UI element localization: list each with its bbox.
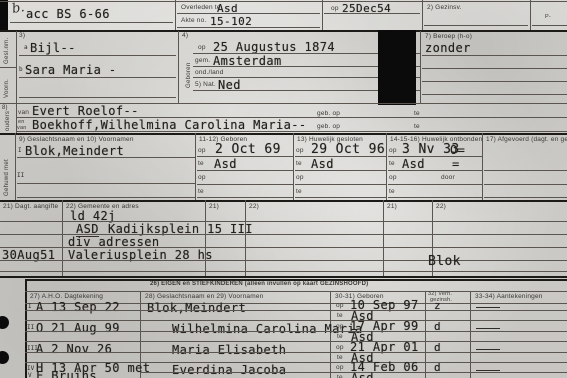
divider	[422, 0, 423, 31]
divider	[425, 291, 426, 378]
child-aho-line2: F.Bruins	[36, 369, 97, 378]
ondland-label: ond./land	[195, 69, 224, 76]
rule-line	[197, 197, 293, 198]
rule-line	[388, 197, 482, 198]
te-label: te	[198, 188, 204, 195]
rule-line	[0, 260, 567, 261]
note-dash	[476, 370, 500, 371]
divider	[178, 31, 179, 103]
op-label: op	[198, 44, 206, 51]
rule-line	[177, 13, 320, 14]
ditto-mark: =	[452, 157, 460, 171]
divider	[482, 133, 483, 200]
rule-line	[19, 55, 176, 56]
marriage-place: Asd	[311, 157, 334, 171]
child-name: Maria Elisabeth	[172, 343, 286, 357]
header-22: 22)	[436, 203, 446, 210]
rule-line	[422, 81, 567, 82]
te-label: te	[337, 333, 343, 340]
op-label: op	[296, 147, 304, 154]
te-label: te	[414, 110, 420, 117]
father-name: Evert Roelof--	[32, 104, 139, 118]
dissolved-by: O=	[450, 143, 465, 157]
child-name: Everdina Jacoba	[172, 363, 286, 377]
rule-line	[388, 184, 482, 185]
van-label: van	[18, 109, 29, 116]
rule-line	[388, 170, 482, 171]
rule-line	[25, 310, 567, 311]
side-label-voornamen: Voorn.	[4, 79, 10, 98]
side-label-gehuwd-met: Gehuwd met	[4, 159, 10, 196]
te-label: te	[414, 123, 420, 130]
op-label: op	[198, 147, 206, 154]
divider	[386, 133, 387, 200]
te-label: te	[337, 354, 343, 361]
divider	[420, 31, 421, 103]
mother-name: Boekhoff,Wilhelmina Carolina Maria--	[32, 118, 307, 132]
header-dagt-aangifte: 21) Dagt. aangifte	[3, 203, 58, 210]
rule-line	[177, 27, 320, 28]
section-border	[0, 200, 567, 202]
rule-line	[19, 97, 176, 98]
label-column-border	[15, 133, 16, 200]
rule-line	[484, 184, 567, 185]
divider	[293, 133, 294, 200]
gem-label: gem.	[195, 57, 210, 64]
header-21: 21)	[209, 203, 219, 210]
te-label: te	[296, 160, 302, 167]
row-marker: V	[28, 372, 32, 378]
header-aantekeningen: 33-34) Aantekeningen	[475, 293, 543, 300]
rule-line	[0, 1, 567, 2]
op-label: op	[389, 174, 397, 181]
rule-line	[484, 170, 567, 171]
section-border	[0, 276, 567, 278]
spouse-born-date: 2 Oct 69	[215, 142, 281, 157]
rule-line	[25, 352, 567, 353]
rule-line	[25, 331, 567, 332]
divider	[175, 0, 176, 31]
beroep-value: zonder	[425, 41, 471, 55]
geb-op-label: geb. op	[317, 123, 340, 130]
op-label: op	[336, 364, 344, 371]
section4-number: 4)	[182, 32, 188, 39]
rule-line	[19, 77, 176, 78]
divider	[530, 0, 531, 31]
te-label: te	[389, 160, 395, 167]
rule-line	[197, 170, 293, 171]
header-child-names: 28) Geslachtsnaam en 29) Voornamen	[145, 293, 263, 300]
handwritten-mark: b.	[11, 0, 26, 17]
child-name: Blok,Meindert	[147, 301, 246, 315]
redaction-box	[378, 30, 416, 105]
rule-line	[295, 170, 386, 171]
te-label: te	[296, 188, 302, 195]
punch-hole	[0, 316, 9, 329]
header-22: 22)	[249, 203, 259, 210]
row-marker: IV	[27, 365, 34, 372]
op-label: op	[331, 5, 339, 12]
rule-line	[295, 156, 386, 157]
rule-line	[10, 22, 173, 23]
divider	[383, 200, 384, 276]
op-label: op	[389, 147, 397, 154]
spouse-born-place: Asd	[214, 157, 237, 171]
rule-line	[424, 25, 528, 26]
surname-note: Blok	[428, 254, 461, 269]
rule-line	[422, 94, 567, 95]
marker-a: a	[24, 44, 28, 51]
rule-line	[422, 68, 567, 69]
divider	[322, 0, 323, 31]
section3-number: 3)	[19, 32, 25, 39]
child-born-place: Asd	[351, 371, 374, 378]
marker-b: b	[19, 66, 23, 73]
divider	[470, 291, 471, 378]
header-removed: 17) Afgevoerd (dagt. en gem.)	[486, 136, 567, 143]
acc-note: acc BS 6-66	[26, 7, 110, 21]
marriage-date: 29 Oct 96	[311, 142, 385, 157]
spouse-name: Blok,Meindert	[25, 144, 124, 158]
child-name: Wilhelmina Carolina Maria	[172, 322, 363, 336]
rule-line	[17, 157, 195, 158]
side-label-ouders: ouders	[5, 111, 11, 131]
row-marker: I	[28, 303, 32, 310]
row-marker: II	[17, 172, 24, 179]
header-aho-dagtekening: 27) A.H.O. Dagtekening	[30, 293, 103, 300]
rule-line	[0, 271, 567, 272]
op-label: op	[336, 323, 344, 330]
op-label: op	[296, 174, 304, 181]
rule-line	[17, 131, 567, 132]
geb-op-label: geb. op	[317, 110, 340, 117]
rule-line	[295, 197, 386, 198]
divider	[62, 200, 63, 276]
side-label-geboren: Geboren	[186, 63, 192, 88]
op-label: op	[336, 302, 344, 309]
rule-line	[25, 291, 567, 292]
scan-edge-strip	[0, 0, 8, 31]
section-border	[0, 30, 567, 32]
row-marker: II	[27, 324, 34, 331]
door-label: door	[441, 174, 455, 181]
rule-line	[17, 183, 195, 184]
header-name: 9) Geslachtsnaam en 10) Voornamen	[19, 136, 134, 143]
rule-line	[484, 197, 567, 198]
te-label: te	[198, 160, 204, 167]
rule-line	[197, 184, 293, 185]
note-dash	[476, 307, 500, 308]
divider	[195, 133, 196, 200]
punch-hole	[0, 351, 9, 364]
op-label: op	[336, 344, 344, 351]
corner-mark: P-	[545, 14, 551, 20]
registry-card-scan: b. acc BS 6-66 Overleden te Asd Akte no.…	[0, 0, 567, 378]
te-label: te	[389, 188, 395, 195]
rule-line	[0, 67, 16, 68]
rule-line	[532, 25, 567, 26]
rule-line	[422, 55, 567, 56]
rule-line	[295, 184, 386, 185]
nat-label: 5) Nat.	[195, 81, 216, 88]
note-dash	[476, 349, 500, 350]
rule-line	[324, 13, 420, 14]
gezinsv-label: 2) Gezinsv.	[427, 4, 462, 11]
te-label: te	[337, 312, 343, 319]
firstnames-value: Sara Maria -	[25, 63, 117, 77]
child-aho: A 2 Nov 26	[36, 342, 112, 356]
divider	[205, 200, 206, 276]
child-aho: O 21 Aug 99	[36, 321, 120, 335]
op-label: op	[198, 174, 206, 181]
rule-line	[17, 197, 195, 198]
divider	[245, 200, 246, 276]
te-label: te	[337, 374, 343, 378]
note-dash	[476, 328, 500, 329]
child-aho: A 13 Sep 22	[36, 300, 120, 314]
row-marker: I	[18, 147, 22, 154]
header-21: 21)	[387, 203, 397, 210]
dissolved-place: Asd	[402, 157, 425, 171]
surname-value: Bijl--	[30, 41, 76, 55]
side-label-geslachtsnaam: Gesl.nm.	[4, 38, 10, 64]
birth-date-value: 25 Augustus 1874	[213, 40, 335, 54]
overleden-label: Overleden te	[181, 4, 221, 11]
children-band-header: 26) EIGEN en STIEFKINDEREN (alleen invul…	[150, 281, 368, 287]
akte-label: Akte no.	[181, 17, 206, 24]
rule-line	[197, 156, 293, 157]
beroep-label: 7) Beroep (h-o)	[425, 33, 472, 40]
